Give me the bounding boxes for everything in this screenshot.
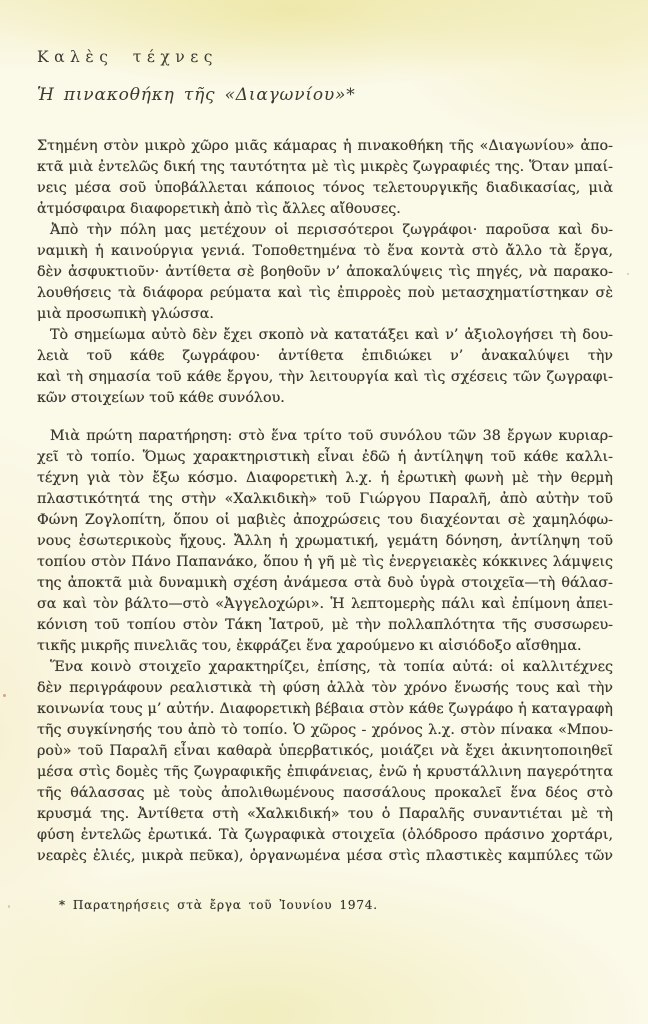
text-line: κῶν στοιχείων τοῦ κάθε συνόλου. (37, 388, 613, 409)
text-line: της ἀποκτᾶ μιὰ δυναμικὴ σχέση ἀνάμεσα στ… (37, 573, 613, 594)
text-line: Τὸ σημείωμα αὐτὸ δὲν ἔχει σκοπὸ νὰ κατατ… (37, 325, 613, 346)
text-line: Μιὰ πρώτη παρατήρηση: στὸ ἕνα τρίτο τοῦ … (37, 426, 613, 447)
paper-speck (3, 694, 6, 697)
paragraph: Στημένη στὸν μικρὸ χῶρο μιᾶς κάμαρας ἡ π… (37, 136, 613, 220)
text-line: νους ἐσωτερικοὺς ἤχους. Ἄλλη ἡ χρωματική… (37, 531, 613, 552)
text-line: Φώνη Ζογλοπίτη, ὅπου οἱ μαβιὲς ἀποχρώσει… (37, 510, 613, 531)
text-line: λουθήσεις τὰ διάφορα ρεύματα καὶ τὶς ἐπι… (37, 283, 613, 304)
text-line: σα καὶ τὸν βάλτο—στὸ «Ἀγγελοχώρι». Ἡ λεπ… (37, 594, 613, 615)
page-title: Ἡ πινακοθήκη τῆς «Διαγωνίου»* (37, 85, 356, 105)
text-line: Ἕνα κοινὸ στοιχεῖο χαρακτηρίζει, ἐπίσης,… (37, 657, 613, 678)
paragraph: Ἀπὸ τὴν πόλη μας μετέχουν οἱ περισσότερο… (37, 220, 613, 325)
text-line: τῆς θάλασσας μὲ τοὺς ἀπολιθωμένους πασσά… (37, 783, 613, 804)
text-line: Στημένη στὸν μικρὸ χῶρο μιᾶς κάμαρας ἡ π… (37, 136, 613, 157)
text-line: πλαστικότητά της στὴν «Χαλκιδικὴ» τοῦ Γι… (37, 489, 613, 510)
section-kicker: Καλὲς τέχνες (37, 48, 613, 66)
scanned-book-page: Καλὲς τέχνες Ἡ πινακοθήκη τῆς «Διαγωνίου… (0, 0, 648, 1024)
text-line: μιὰ προσωπικὴ γλώσσα. (37, 304, 613, 325)
text-line: νεαρὲς ἐλιές, μικρὰ πεῦκα), ὀργανωμένα μ… (37, 846, 613, 867)
text-line: μέσα στὶς δομὲς τῆς ζωγραφικῆς ἐπιφάνεια… (37, 762, 613, 783)
text-line: κτᾶ μιὰ ἐντελῶς δική της ταυτότητα μὲ τὶ… (37, 157, 613, 178)
paper-speck (8, 905, 10, 908)
text-line: νεις μέσα σοῦ ὑποβάλλεται κάποιος τόνος … (37, 178, 613, 199)
text-line: τέχνη γιὰ τὸν ἔξω κόσμο. Διαφορετικὴ λ.χ… (37, 468, 613, 489)
text-line: κρυσμά της. Ἀντίθετα στὴ «Χαλκιδική» του… (37, 804, 613, 825)
text-line: χεῖ τὸ τοπίο. Ὅμως χαρακτηριστικὴ εἶναι … (37, 447, 613, 468)
text-line: φύση ἐντελῶς ἐρωτικά. Τὰ ζωγραφικὰ στοιχ… (37, 825, 613, 846)
text-line: δὲν περιγράφουν ρεαλιστικὰ τὴ φύση ἀλλὰ … (37, 678, 613, 699)
text-line: καὶ τὴ σημασία τοῦ κάθε ἔργου, τὴν λειτο… (37, 367, 613, 388)
text-block: Καλὲς τέχνες Ἡ πινακοθήκη τῆς «Διαγωνίου… (37, 48, 613, 66)
paragraph: Ἕνα κοινὸ στοιχεῖο χαρακτηρίζει, ἐπίσης,… (37, 657, 613, 867)
paragraph: Τὸ σημείωμα αὐτὸ δὲν ἔχει σκοπὸ νὰ κατατ… (37, 325, 613, 409)
text-line: Ἀπὸ τὴν πόλη μας μετέχουν οἱ περισσότερο… (37, 220, 613, 241)
text-line: τῆς συγκίνησής του ἀπὸ τὸ τοπίο. Ὁ χῶρος… (37, 720, 613, 741)
text-line: τικῆς μικρῆς πινελιᾶς του, ἐκφράζει ἕνα … (37, 636, 613, 657)
text-line: δὲν ἀσφυκτιοῦν· ἀντίθετα σὲ βοηθοῦν ν’ ἀ… (37, 262, 613, 283)
paragraph: Μιὰ πρώτη παρατήρηση: στὸ ἕνα τρίτο τοῦ … (37, 426, 613, 657)
paper-speck (627, 273, 629, 275)
text-line: κοινωνία τους μ’ αὐτήν. Διαφορετικὴ βέβα… (37, 699, 613, 720)
text-line: κόνιση τοῦ τοπίου στὸν Τάκη Ἰατροῦ, μὲ τ… (37, 615, 613, 636)
text-line: λειὰ τοῦ κάθε ζωγράφου· ἀντίθετα ἐπιδιώκ… (37, 346, 613, 367)
text-line: ναμικὴ ἡ καινούργια γενιά. Τοποθετημένα … (37, 241, 613, 262)
text-line: τοπίου στὸν Πάνο Παπανάκο, ὅπου ἡ γῆ μὲ … (37, 552, 613, 573)
text-line: ροὺ» τοῦ Παραλῆ εἶναι καθαρὰ ὑπερβατικός… (37, 741, 613, 762)
footnote: * Παρατηρήσεις στὰ ἔργα τοῦ Ἰουνίου 1974… (59, 898, 378, 912)
text-line: ἀτμόσφαιρα διαφορετικὴ ἀπὸ τὶς ἄλλες αἴθ… (37, 199, 613, 220)
body-text: Στημένη στὸν μικρὸ χῶρο μιᾶς κάμαρας ἡ π… (37, 136, 613, 867)
